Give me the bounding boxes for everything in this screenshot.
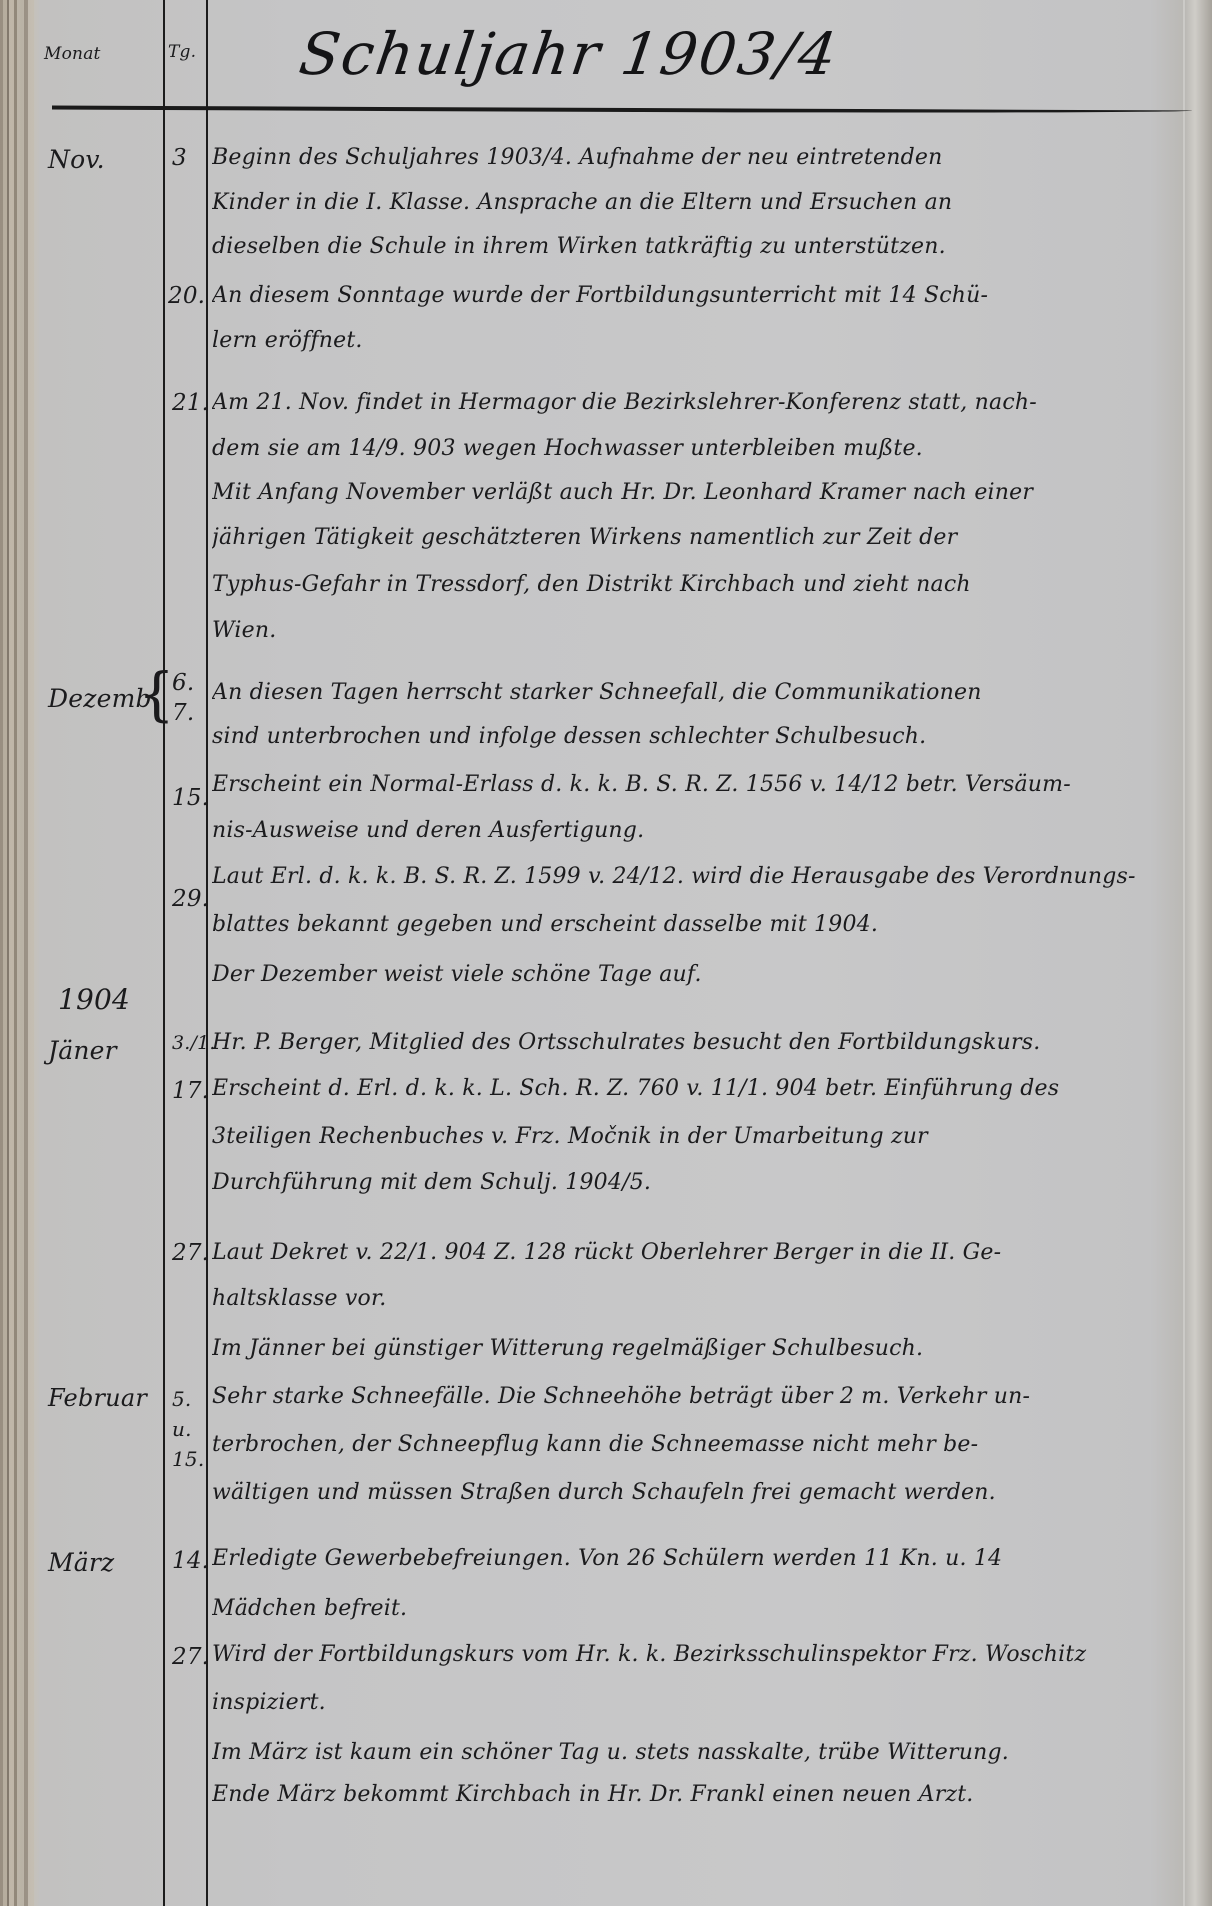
entry-line: Durchführung mit dem Schulj. 1904/5.: [212, 1170, 1172, 1195]
day-label: 21.: [172, 390, 209, 416]
entry-line: Ende März bekommt Kirchbach in Hr. Dr. F…: [212, 1782, 1172, 1807]
column-header-month: Monat: [44, 44, 101, 64]
entry-line: Wird der Fortbildungskurs vom Hr. k. k. …: [212, 1642, 1172, 1667]
ledger-page: Monat Tg. Schuljahr 1903/4 Nov. 3 Beginn…: [0, 0, 1212, 1906]
day-label: 6. 7.: [172, 668, 200, 728]
entry-line: Mädchen befreit.: [212, 1596, 1172, 1621]
month-label: März: [48, 1548, 114, 1577]
entry-line: Im Jänner bei günstiger Witterung regelm…: [212, 1336, 1172, 1361]
entry-line: sind unterbrochen und infolge dessen sch…: [212, 724, 1172, 749]
day-label: 27.: [172, 1240, 209, 1266]
month-label: Jäner: [48, 1036, 117, 1065]
day-label: 14.: [172, 1548, 209, 1574]
day-column-rule: [206, 0, 208, 1906]
entry-line: terbrochen, der Schneepflug kann die Sch…: [212, 1432, 1172, 1457]
day-label: 27.: [172, 1644, 209, 1670]
day-label: 20.: [168, 283, 205, 309]
entry-line: nis-Ausweise und deren Ausfertigung.: [212, 818, 1172, 843]
entry-line: 3teiligen Rechenbuches v. Frz. Močnik in…: [212, 1124, 1172, 1149]
month-column-rule: [163, 0, 165, 1906]
entry-line: dieselben die Schule in ihrem Wirken tat…: [212, 234, 1172, 259]
entry-line: Erscheint ein Normal-Erlass d. k. k. B. …: [212, 772, 1172, 797]
day-label: 15.: [172, 785, 209, 811]
book-binding: [0, 0, 34, 1906]
day-label: 17.: [172, 1078, 209, 1104]
entry-line: Am 21. Nov. findet in Hermagor die Bezir…: [212, 390, 1172, 415]
entry-line: lern eröffnet.: [212, 328, 1172, 353]
day-label: 3: [172, 145, 187, 171]
entry-line: inspiziert.: [212, 1690, 1172, 1715]
page-edge-fold: [1183, 0, 1185, 1906]
entry-line: Der Dezember weist viele schöne Tage auf…: [212, 962, 1172, 987]
entry-line: Wien.: [212, 618, 1172, 643]
entry-line: Sehr starke Schneefälle. Die Schneehöhe …: [212, 1384, 1172, 1409]
month-label: Februar: [48, 1384, 147, 1412]
entry-line: Hr. P. Berger, Mitglied des Ortsschulrat…: [212, 1030, 1172, 1055]
entry-line: Erledigte Gewerbebefreiungen. Von 26 Sch…: [212, 1546, 1172, 1571]
entry-line: Im März ist kaum ein schöner Tag u. stet…: [212, 1740, 1172, 1765]
entry-line: Beginn des Schuljahres 1903/4. Aufnahme …: [212, 145, 1172, 170]
entry-line: blattes bekannt gegeben und erscheint da…: [212, 912, 1172, 937]
brace-symbol: {: [138, 660, 175, 728]
month-label: Nov.: [48, 145, 105, 174]
entry-line: An diesem Sonntage wurde der Fortbildung…: [212, 283, 1172, 308]
column-header-day: Tg.: [168, 42, 196, 62]
entry-line: Mit Anfang November verläßt auch Hr. Dr.…: [212, 480, 1172, 505]
day-label: 3./1.: [172, 1032, 216, 1054]
day-label: 29.: [172, 886, 209, 912]
entry-line: Laut Erl. d. k. k. B. S. R. Z. 1599 v. 2…: [212, 864, 1172, 889]
entry-line: Typhus-Gefahr in Tressdorf, den Distrikt…: [212, 572, 1172, 597]
header-underline: [52, 106, 1192, 115]
entry-line: dem sie am 14/9. 903 wegen Hochwasser un…: [212, 436, 1172, 461]
entry-line: Kinder in die I. Klasse. Ansprache an di…: [212, 190, 1172, 215]
entry-line: An diesen Tagen herrscht starker Schneef…: [212, 680, 1172, 705]
day-label: 5. u. 15.: [172, 1384, 198, 1474]
page-title: Schuljahr 1903/4: [295, 20, 842, 88]
entry-line: jährigen Tätigkeit geschätzteren Wirkens…: [212, 525, 1172, 550]
year-label: 1904: [58, 983, 130, 1016]
entry-line: Erscheint d. Erl. d. k. k. L. Sch. R. Z.…: [212, 1076, 1172, 1101]
entry-line: haltsklasse vor.: [212, 1286, 1172, 1311]
entry-line: wältigen und müssen Straßen durch Schauf…: [212, 1480, 1172, 1505]
entry-line: Laut Dekret v. 22/1. 904 Z. 128 rückt Ob…: [212, 1240, 1172, 1265]
